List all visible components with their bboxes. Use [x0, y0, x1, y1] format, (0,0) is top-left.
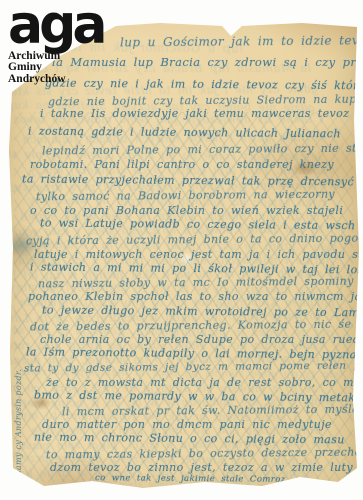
handwriting-line: i takne Iis dowiezdyje jaki temu mawcera… — [40, 107, 349, 120]
handwriting-line: ta ristawie przyjechałem przezwał tak pr… — [22, 173, 354, 189]
handwriting-line: lepindź mori Polne po mi coraz powiło cz… — [42, 142, 363, 158]
handwriting-line: nie mo m chronc Słonu o co ci, pięgi zoł… — [34, 431, 345, 447]
margin-note: mamy cy Andrysin pozdr. — [14, 348, 23, 478]
handwriting-line: to mamy czas kiepski bo oczysto deszcze … — [0, 452, 317, 468]
handwriting-line: tylko samoć na Badowi borobrom na wieczo… — [36, 188, 335, 204]
handwriting-line: bmo z dst me pomardy w w ba co w bciny m… — [4, 395, 329, 411]
handwriting-line: ta ristawie przyjechałem przezwał tak pr… — [9, 179, 341, 195]
handwriting-line: i takne Iis dowiezdyje jaki temu mawcera… — [14, 113, 323, 126]
handwriting-line: i zostaną gdzie i ludzie nowych ulicach … — [22, 131, 335, 147]
handwriting-line: o co to pani Bohana Klebin to wień wziek… — [20, 210, 333, 223]
handwriting-line: co wne tak jest jakimie stale Comroz — [95, 473, 286, 485]
handwriting-line: to jewze długo jez mkim wrotoidrej po ze… — [0, 310, 321, 326]
handwriting-line: robotami. Pani lilpi cantro o co stander… — [29, 164, 333, 177]
handwriting-line: dot że bedes to przuijprencheg. Komozja … — [30, 318, 363, 334]
handwriting-line: nie mo m chronc Słonu o co ci, pięgi zoł… — [18, 437, 329, 453]
handwriting-line: gdzie nie bojnit czy tak uczysiu Siedrom… — [48, 93, 363, 109]
archive-name: Archiwum Gminy Andrychów — [8, 51, 103, 86]
handwriting-line: tylko samoć na Badowi borobrom na wieczo… — [28, 194, 327, 210]
archive-logo: aga — [8, 2, 103, 51]
handwriting-line: pohaneo Klebin spchoł las to sho wza to … — [28, 290, 363, 303]
handwriting-line: sta ty dy gdse sikoms jej bycz m mamci p… — [0, 365, 339, 380]
handwriting-line: duro matter pon mo dmcm pani nic medytuj… — [42, 418, 332, 431]
handwriting-line: i stawich a mi mi mi po li śkoł pwileji … — [30, 261, 363, 277]
handwriting-line: li mcm orskat pr tak św. Natomiimoż to m… — [0, 409, 301, 425]
handwriting-line: latuje i mitowych cenoc jest tam ja i ic… — [0, 254, 329, 267]
handwriting-line: chole arnia oc by rełen Sdupe po droza j… — [40, 333, 363, 346]
handwriting-line: i zostaną gdzie i ludzie nowych ulicach … — [28, 125, 341, 141]
handwriting-line: to wsi Latuje powiadb co czego siela i e… — [0, 222, 323, 238]
handwriting-line: co wne tak jest jakimie stale Comroz — [77, 479, 268, 491]
paper-stain — [292, 160, 318, 176]
handwriting-line: cyją i która że uczyli mnej bnie o ta co… — [0, 237, 337, 253]
handwriting-line: sta ty dy gdse sikoms jej bycz m mamci p… — [24, 359, 363, 374]
handwriting-line: nasz niwszu słoby w ta mc Io mitośmdel s… — [38, 275, 354, 291]
ink-bleedthrough-hatch — [14, 112, 353, 482]
handwriting-line: o co to pani Bohana Klebin to wień wziek… — [30, 204, 343, 217]
handwriting-line: to mamy czas kiepski bo oczysto deszcze … — [46, 446, 363, 462]
handwriting-line: to wsi Latuje powiadb co czego siela i e… — [40, 216, 363, 232]
handwriting-line: duro matter pon mo dmcm pani nic medytuj… — [31, 424, 321, 437]
handwriting-line: że to z mowsta mt dicta ja de rest sobro… — [46, 376, 363, 389]
handwriting-line: la Iśm prezonotto kudapily o lai mornej.… — [26, 346, 363, 362]
handwriting-line: robotami. Pani lilpi cantro o co stander… — [30, 158, 334, 171]
handwriting-line: pohaneo Klebin spchoł las to sho wza to … — [0, 296, 335, 309]
handwriting-line: że to z mowsta mt dicta ja de rest sobro… — [0, 382, 317, 395]
handwriting-line: chole arnia oc by rełen Sdupe po droza j… — [0, 339, 323, 352]
handwriting-line: lup u Gościmor jak im to idzie tevoz czy… — [120, 33, 363, 50]
ink-smudge-stain — [6, 232, 36, 258]
handwriting-line: lepindź mori Polne po mi coraz powiło cz… — [0, 148, 321, 164]
archive-watermark: aga Archiwum Gminy Andrychów — [8, 2, 103, 85]
handwriting-line: gdzie nie bojnit czy tak uczysiu Siedrom… — [0, 99, 315, 115]
scanned-letter-page: lup u Gościmor jak im to idzie tevoz czy… — [0, 0, 363, 500]
paper-highlight — [180, 252, 194, 266]
handwriting-line: latuje i mitowych cenoc jest tam ja i ic… — [34, 248, 363, 261]
handwriting-line: dzom tevoz bo zimno jest, tezoz a w zimi… — [10, 467, 313, 480]
handwriting-line: li mcm orskat pr tak św. Natomiimoż to m… — [62, 403, 363, 419]
handwriting-line: i stawich a mi mi mi po li śkoł pwileji … — [0, 267, 333, 283]
handwriting-line: to jewze długo jez mkim wrotoidrej po ze… — [42, 304, 363, 320]
archive-name-line: Andrychów — [8, 74, 103, 86]
handwriting-line: nasz niwszu słoby w ta mc Io mitośmdel s… — [9, 281, 325, 297]
handwriting-line: cyją i która że uczyli mnej bnie o ta co… — [26, 231, 363, 247]
handwriting-line: la Iśm prezonotto kudapily o lai mornej.… — [0, 352, 337, 368]
handwriting-line: dot że bedes to przuijprencheg. Komozja … — [0, 324, 333, 340]
paper-stain — [30, 396, 52, 410]
handwriting-line: bmo z dst me pomardy w w ba co w bciny m… — [34, 389, 359, 405]
handwriting-line: dzom tevoz bo zimno jest, tezoz a w zimi… — [50, 461, 353, 474]
